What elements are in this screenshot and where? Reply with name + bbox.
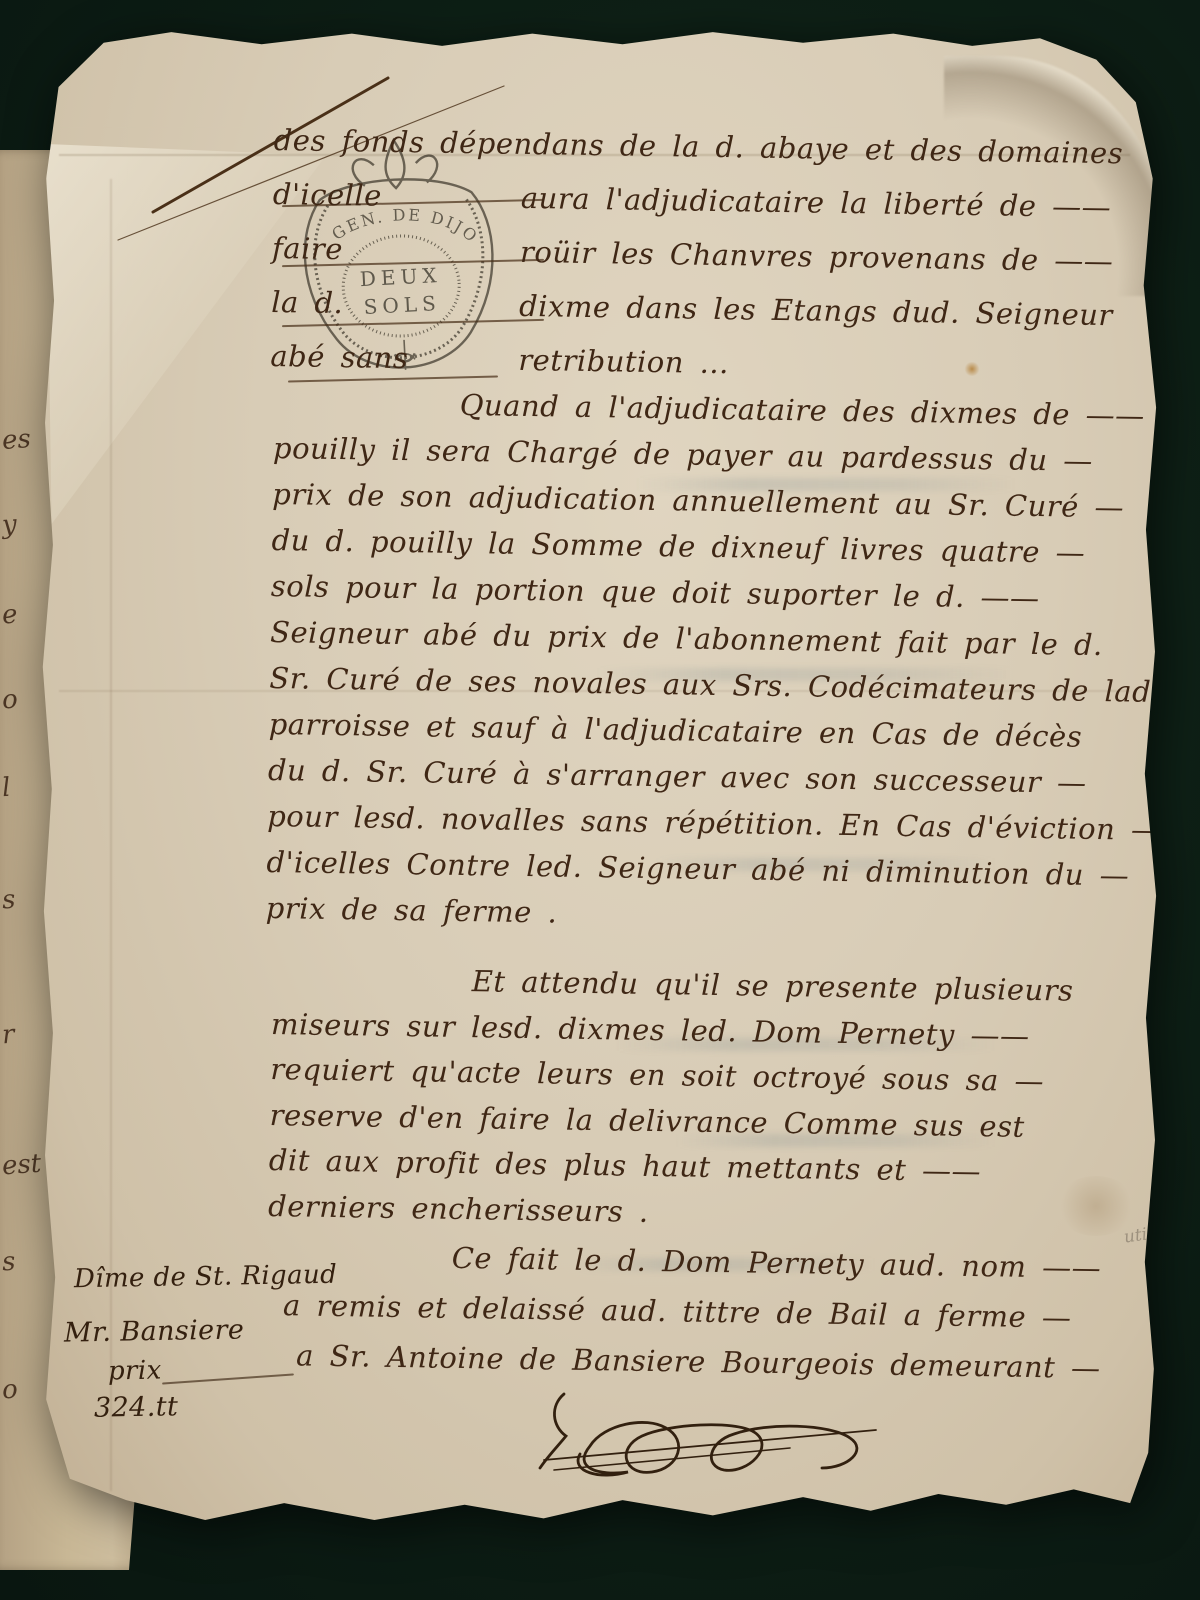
paper-crease <box>110 179 112 1491</box>
manuscript-word: faire <box>271 234 520 292</box>
ink-fragment: l <box>1 773 11 804</box>
manuscript-paragraph-3: Et attendu qu'il se presente plusieurs m… <box>268 964 1157 1251</box>
paper-surface: GEN. DE DIJON DEUX SOLS des fonds dépend… <box>36 26 1164 1552</box>
ink-fragment: s <box>1 885 16 916</box>
photo-background: es y e o l s r est s o <box>0 0 1200 1600</box>
manuscript-word: la d. <box>271 288 520 346</box>
edge-scribble: uti <box>1123 1224 1149 1247</box>
manuscript-paragraph-2: Quand a l'adjudicataire des dixmes de ——… <box>265 388 1159 954</box>
margin-note-price-label: prix <box>108 1356 162 1387</box>
margin-note-lessee-name: Mr. Bansiere <box>64 1314 245 1348</box>
margin-note-price-value: 324.tt <box>94 1391 179 1423</box>
signature-flourish <box>534 1374 904 1494</box>
margin-note-tithe-title: Dîme de St. Rigaud <box>74 1260 338 1295</box>
ink-fragment: es <box>1 424 32 456</box>
ink-fragment: o <box>1 1374 19 1405</box>
ink-fragment: o <box>1 684 19 715</box>
ink-fragment: s <box>1 1247 16 1278</box>
ink-fragment: r <box>1 1020 15 1051</box>
document-sheet: GEN. DE DIJON DEUX SOLS des fonds dépend… <box>36 26 1164 1552</box>
ink-fragment: e <box>1 599 18 630</box>
manuscript-word: d'icelle <box>272 180 521 238</box>
manuscript-paragraph-1: des fonds dépendans de la d. abaye et de… <box>270 126 1154 410</box>
ink-fragment: y <box>1 510 18 541</box>
